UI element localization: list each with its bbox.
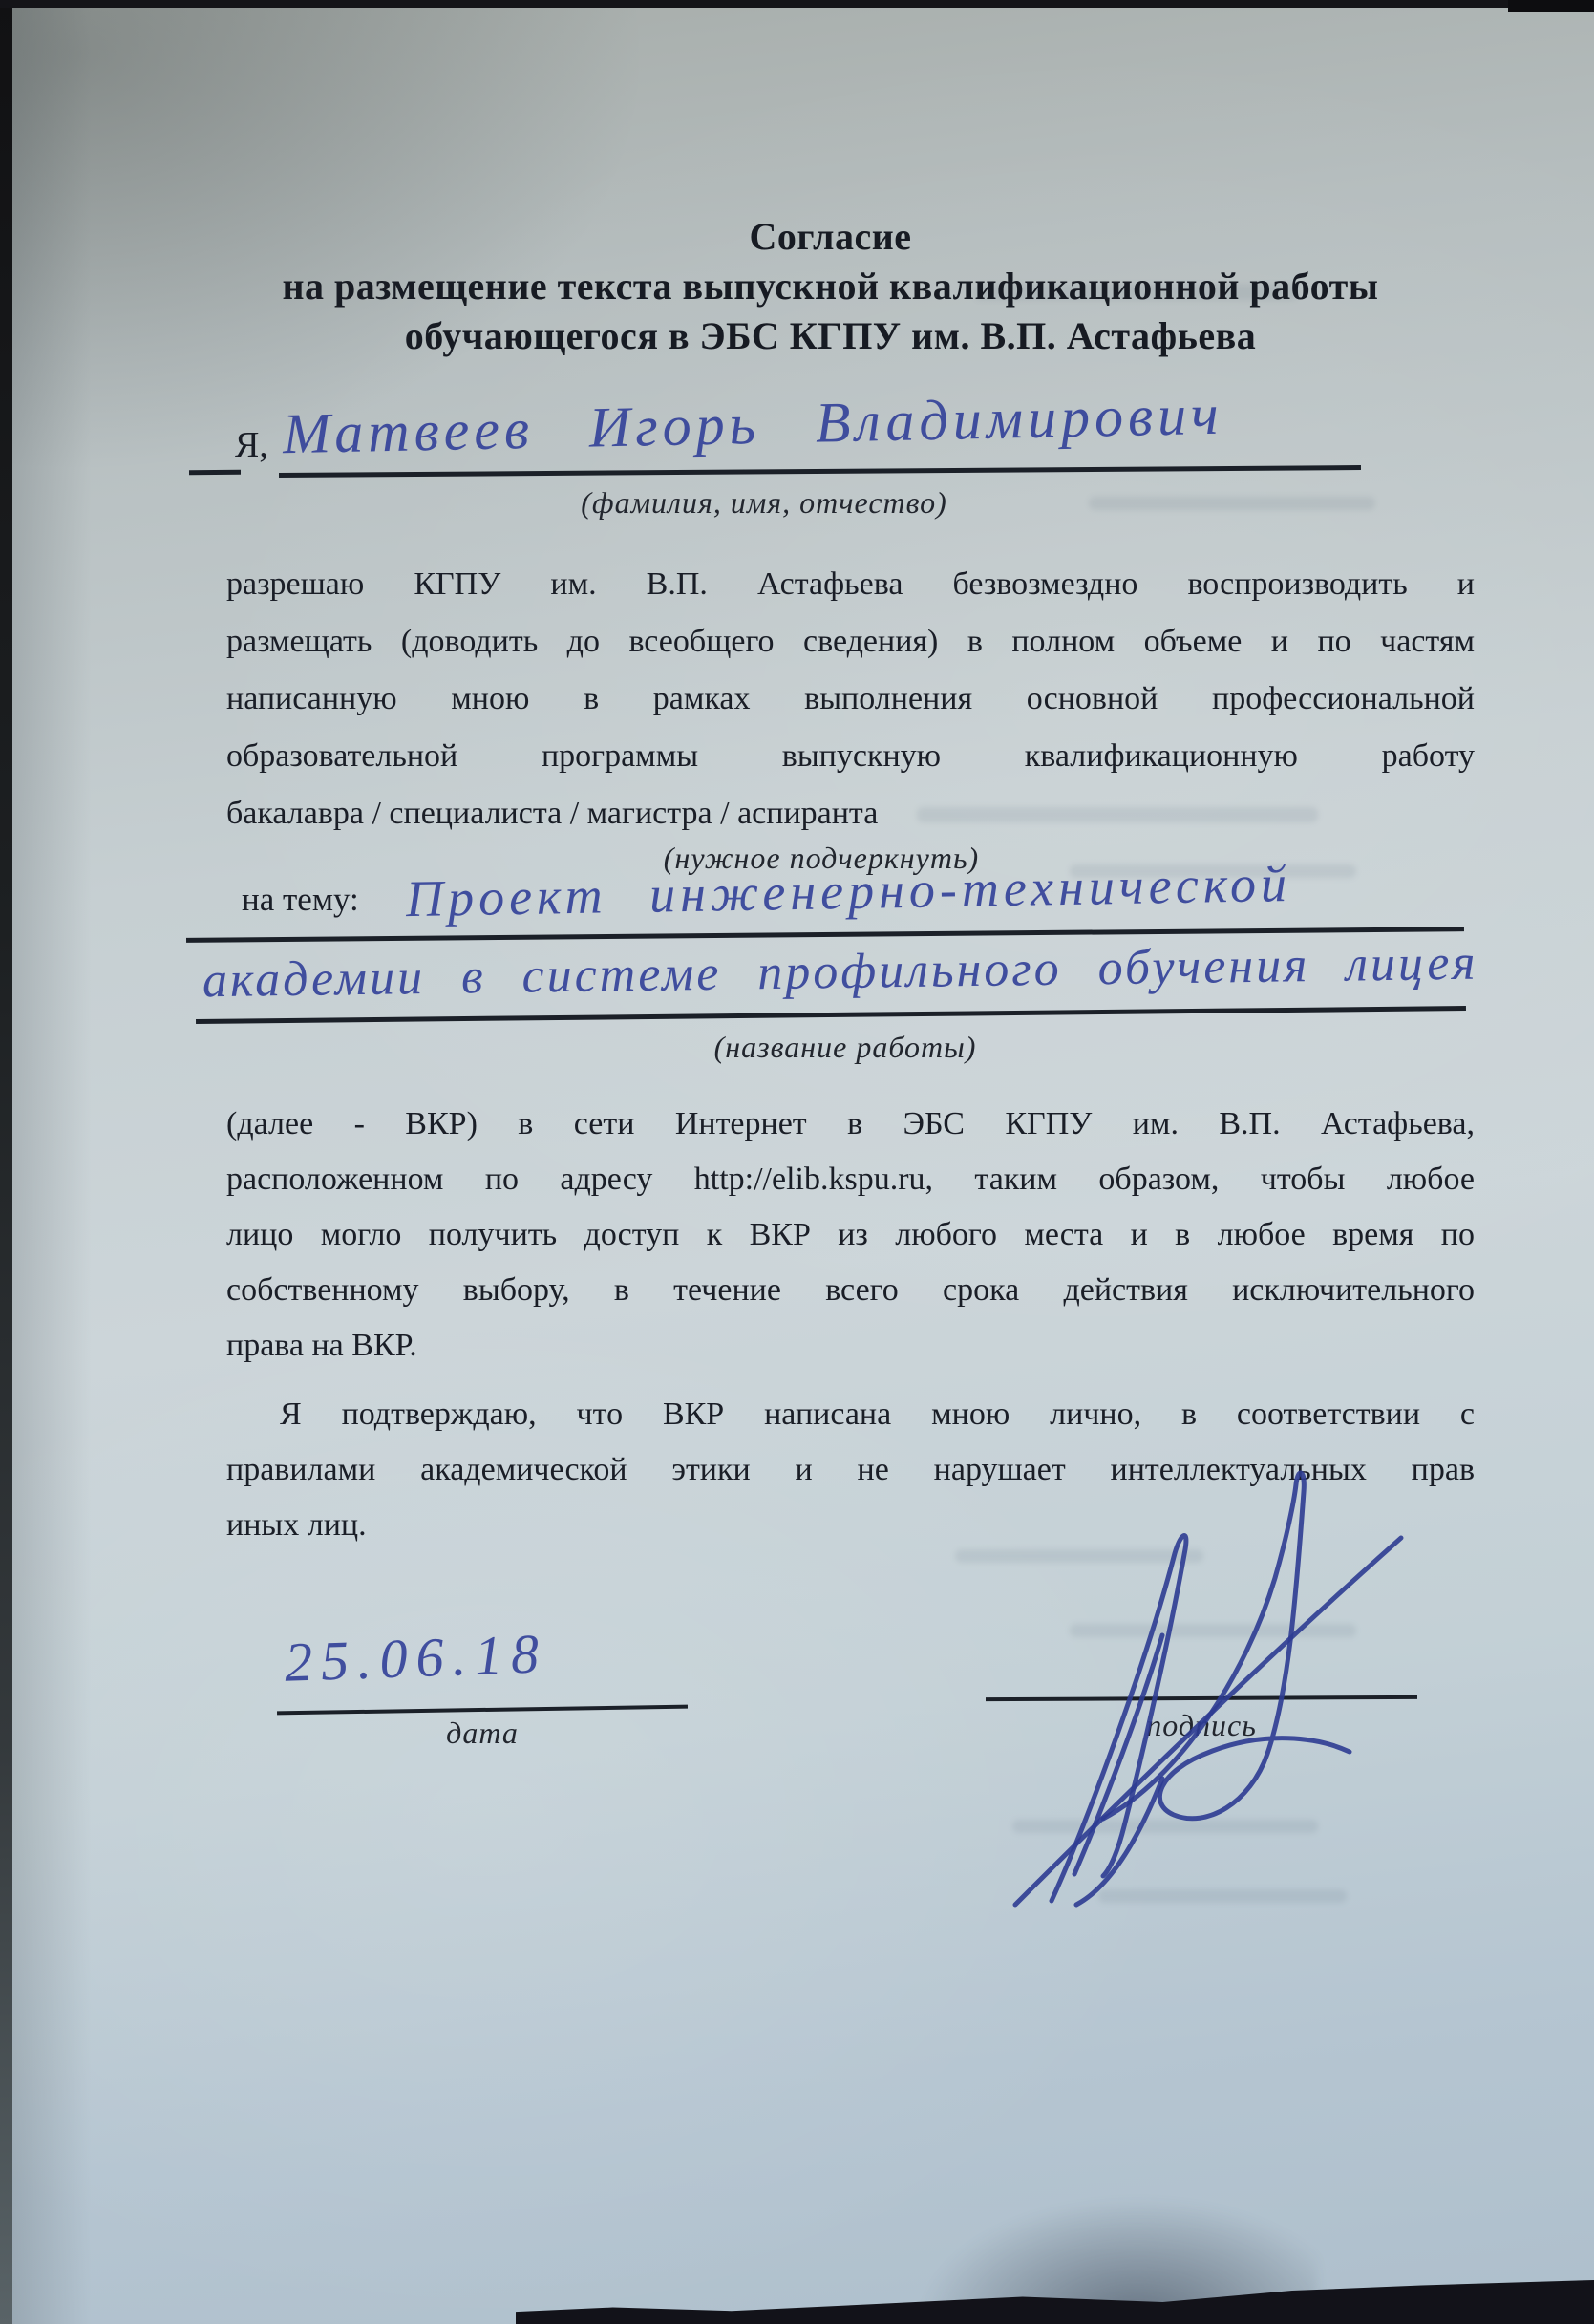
bleed-through-smudge: [1089, 497, 1375, 510]
name-caption: (фамилия, имя, отчество): [411, 485, 1117, 520]
topic-caption: (название работы): [482, 1030, 1208, 1064]
paragraph-line: расположенном по адресу http://elib.kspu…: [226, 1152, 1475, 1207]
declarant-prefix: Я,: [235, 424, 268, 466]
scan-dark-edge-top: [0, 0, 1594, 8]
paragraph-line: Я подтверждаю, что ВКР написана мною лич…: [226, 1387, 1475, 1442]
paragraph-line: бакалавра / специалиста / магистра / асп…: [226, 785, 1475, 842]
paragraph-line: разрешаю КГПУ им. В.П. Астафьева безвозм…: [226, 556, 1475, 613]
paragraph-line: размещать (доводить до всеобщего сведени…: [226, 613, 1475, 671]
paragraph-line: собственному выбору, в течение всего сро…: [226, 1263, 1475, 1318]
scan-dark-edge-top-right: [1508, 0, 1594, 12]
document-title: Согласие на размещение текста выпускной …: [67, 212, 1594, 361]
title-line-2: на размещение текста выпускной квалифика…: [67, 262, 1594, 311]
handwritten-date: 25.06.18: [284, 1621, 548, 1695]
topic-label: на тему:: [242, 881, 359, 919]
paragraph-line: лицо могло получить доступ к ВКР из любо…: [226, 1207, 1475, 1263]
date-caption: дата: [277, 1716, 688, 1750]
name-underline: [189, 470, 241, 475]
scan-dark-edge-left: [0, 0, 12, 2324]
title-line-3: обучающегося в ЭБС КГПУ им. В.П. Астафье…: [67, 311, 1594, 361]
title-line-1: Согласие: [67, 212, 1594, 262]
paragraph-line: образовательной программы выпускную квал…: [226, 728, 1475, 785]
permission-paragraph: разрешаю КГПУ им. В.П. Астафьева безвозм…: [226, 556, 1475, 842]
signature-scribble: [960, 1463, 1447, 1912]
paragraph-line: (далее - ВКР) в сети Интернет в ЭБС КГПУ…: [226, 1097, 1475, 1152]
scanned-consent-form: { "doc": { "title_lines": [ "Согласие", …: [0, 0, 1594, 2324]
paragraph-line: права на ВКР.: [226, 1318, 1475, 1374]
publication-paragraph: (далее - ВКР) в сети Интернет в ЭБС КГПУ…: [226, 1097, 1475, 1374]
paragraph-line: написанную мною в рамках выполнения осно…: [226, 671, 1475, 728]
